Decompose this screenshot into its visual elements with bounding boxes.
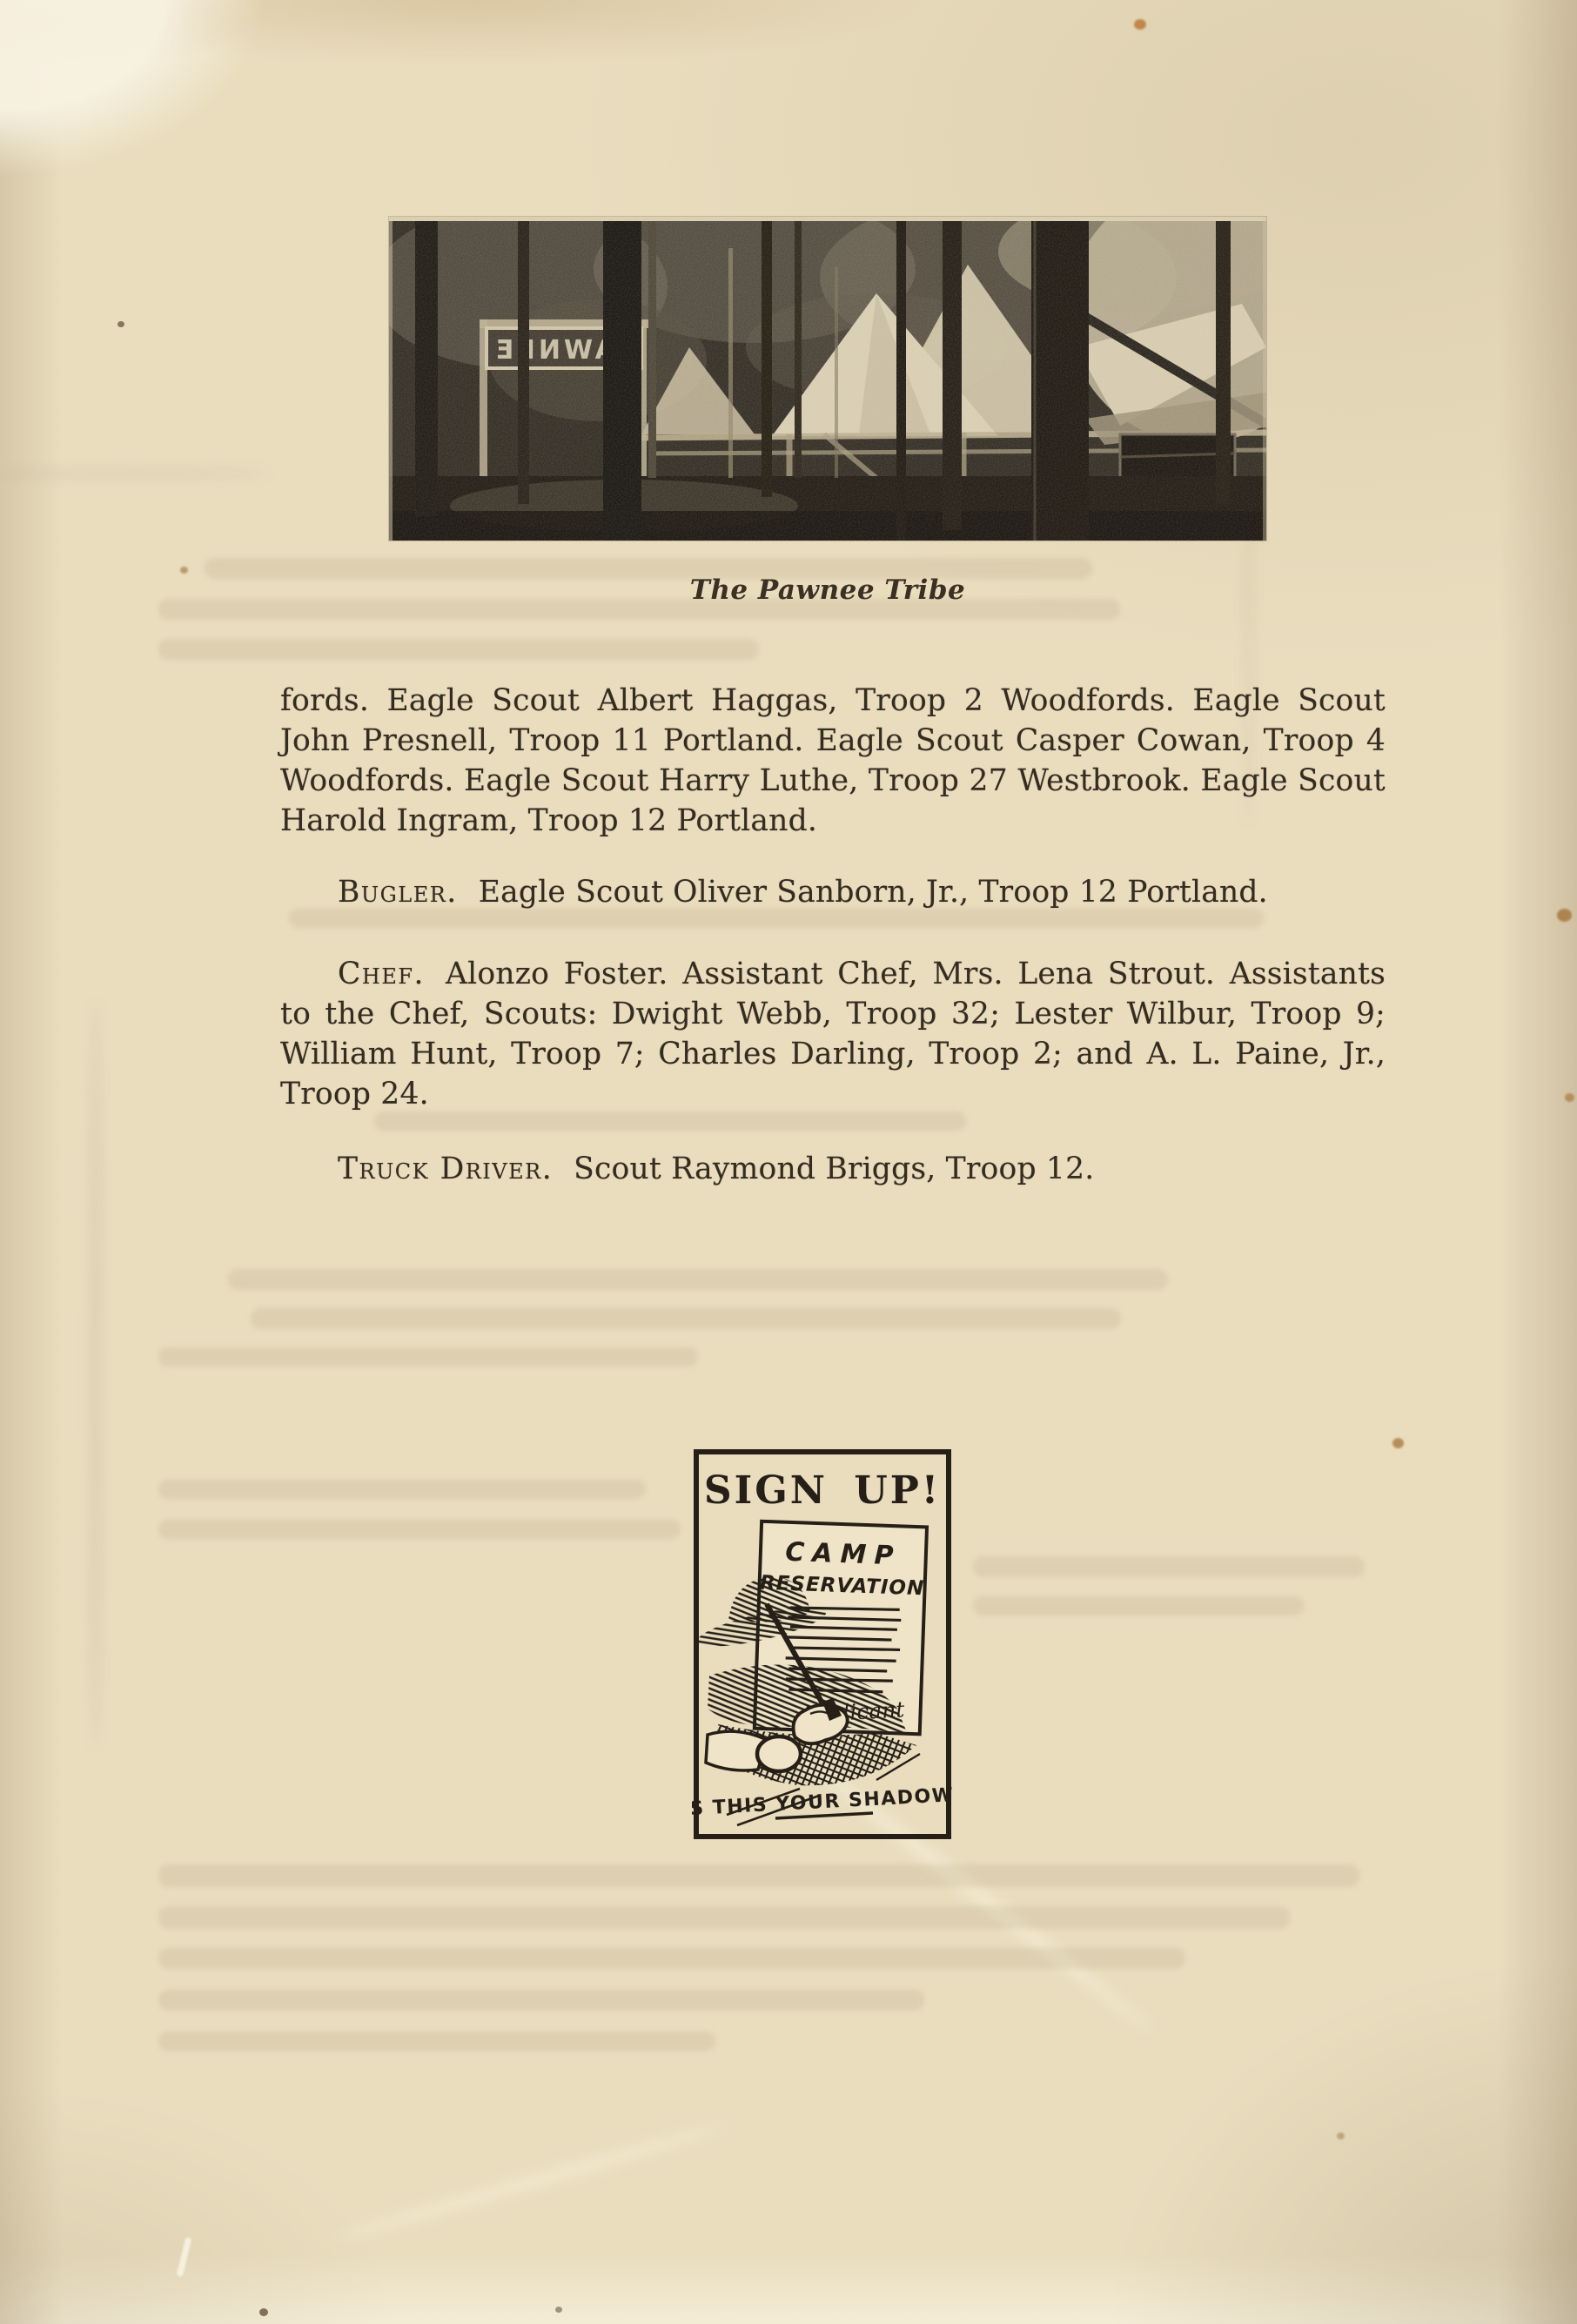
- bleed-through-line: [228, 1269, 1168, 1290]
- bleed-through-line: [374, 1112, 966, 1131]
- paragraph-text: Alonzo Foster. Assistant Chef, Mrs. Lena…: [280, 957, 1386, 1112]
- paragraph-term: Bugler.: [338, 875, 458, 910]
- foxing-spot: [1565, 1093, 1574, 1102]
- bleed-through-line: [973, 1556, 1365, 1577]
- paper-crease: [337, 2121, 725, 2243]
- bleed-through-line: [158, 1948, 1185, 1969]
- foxing-spot: [1557, 909, 1572, 922]
- paper-crease: [0, 470, 270, 477]
- foxing-spot: [1337, 2133, 1345, 2139]
- paragraph-term: Truck Driver.: [338, 1152, 553, 1186]
- scanned-booklet-page: PAWNEE: [0, 0, 1577, 2324]
- paragraph-text: fords. Eagle Scout Albert Haggas, Troop …: [280, 683, 1386, 838]
- bleed-through-line: [158, 1347, 698, 1367]
- bleed-through-line: [251, 1308, 1121, 1329]
- paragraph-eagle-scouts: fords. Eagle Scout Albert Haggas, Troop …: [280, 681, 1386, 841]
- bleed-through-line: [158, 1906, 1290, 1929]
- foxing-spot: [1134, 19, 1146, 30]
- bleed-through-line: [158, 639, 759, 660]
- bleed-through-line: [158, 1990, 924, 2011]
- paragraph-bugler: Bugler.Eagle Scout Oliver Sanborn, Jr., …: [280, 872, 1386, 912]
- sign-up-headline: SIGN UP!: [704, 1468, 941, 1513]
- bleed-through-line: [158, 1480, 646, 1499]
- foxing-spot: [259, 2308, 268, 2316]
- sign-up-illustration-art: SIGN UP! CAMP RESERVATION Applicant: [692, 1447, 953, 1841]
- paragraph-term: Chef.: [338, 957, 425, 991]
- photo-caption: The Pawnee Tribe: [389, 574, 1266, 606]
- bleed-through-line: [158, 1520, 681, 1539]
- paragraph-text: Eagle Scout Oliver Sanborn, Jr., Troop 1…: [479, 875, 1268, 910]
- foxing-spot: [555, 2307, 562, 2313]
- camp-photograph: PAWNEE: [389, 217, 1266, 541]
- shirt-cuff: [757, 1736, 801, 1771]
- halftone-grain: [389, 217, 1266, 541]
- paragraph-chef: Chef.Alonzo Foster. Assistant Chef, Mrs.…: [280, 954, 1386, 1114]
- camp-photograph-art: PAWNEE: [389, 217, 1266, 541]
- form-title-line1: CAMP: [785, 1537, 902, 1572]
- foxing-spot: [1392, 1438, 1404, 1448]
- foxing-spot: [180, 567, 188, 574]
- paragraph-truck-driver: Truck Driver.Scout Raymond Briggs, Troop…: [280, 1149, 1386, 1189]
- bleed-through-line: [973, 1596, 1304, 1615]
- paper-scratch: [177, 2237, 192, 2277]
- sign-up-illustration: SIGN UP! CAMP RESERVATION Applicant: [692, 1447, 953, 1841]
- paper-crease: [91, 1001, 101, 1750]
- bleed-through-line: [158, 2032, 715, 2051]
- bleed-through-line: [158, 1864, 1359, 1887]
- paragraph-text: Scout Raymond Briggs, Troop 12.: [574, 1152, 1094, 1186]
- foxing-spot: [117, 321, 124, 327]
